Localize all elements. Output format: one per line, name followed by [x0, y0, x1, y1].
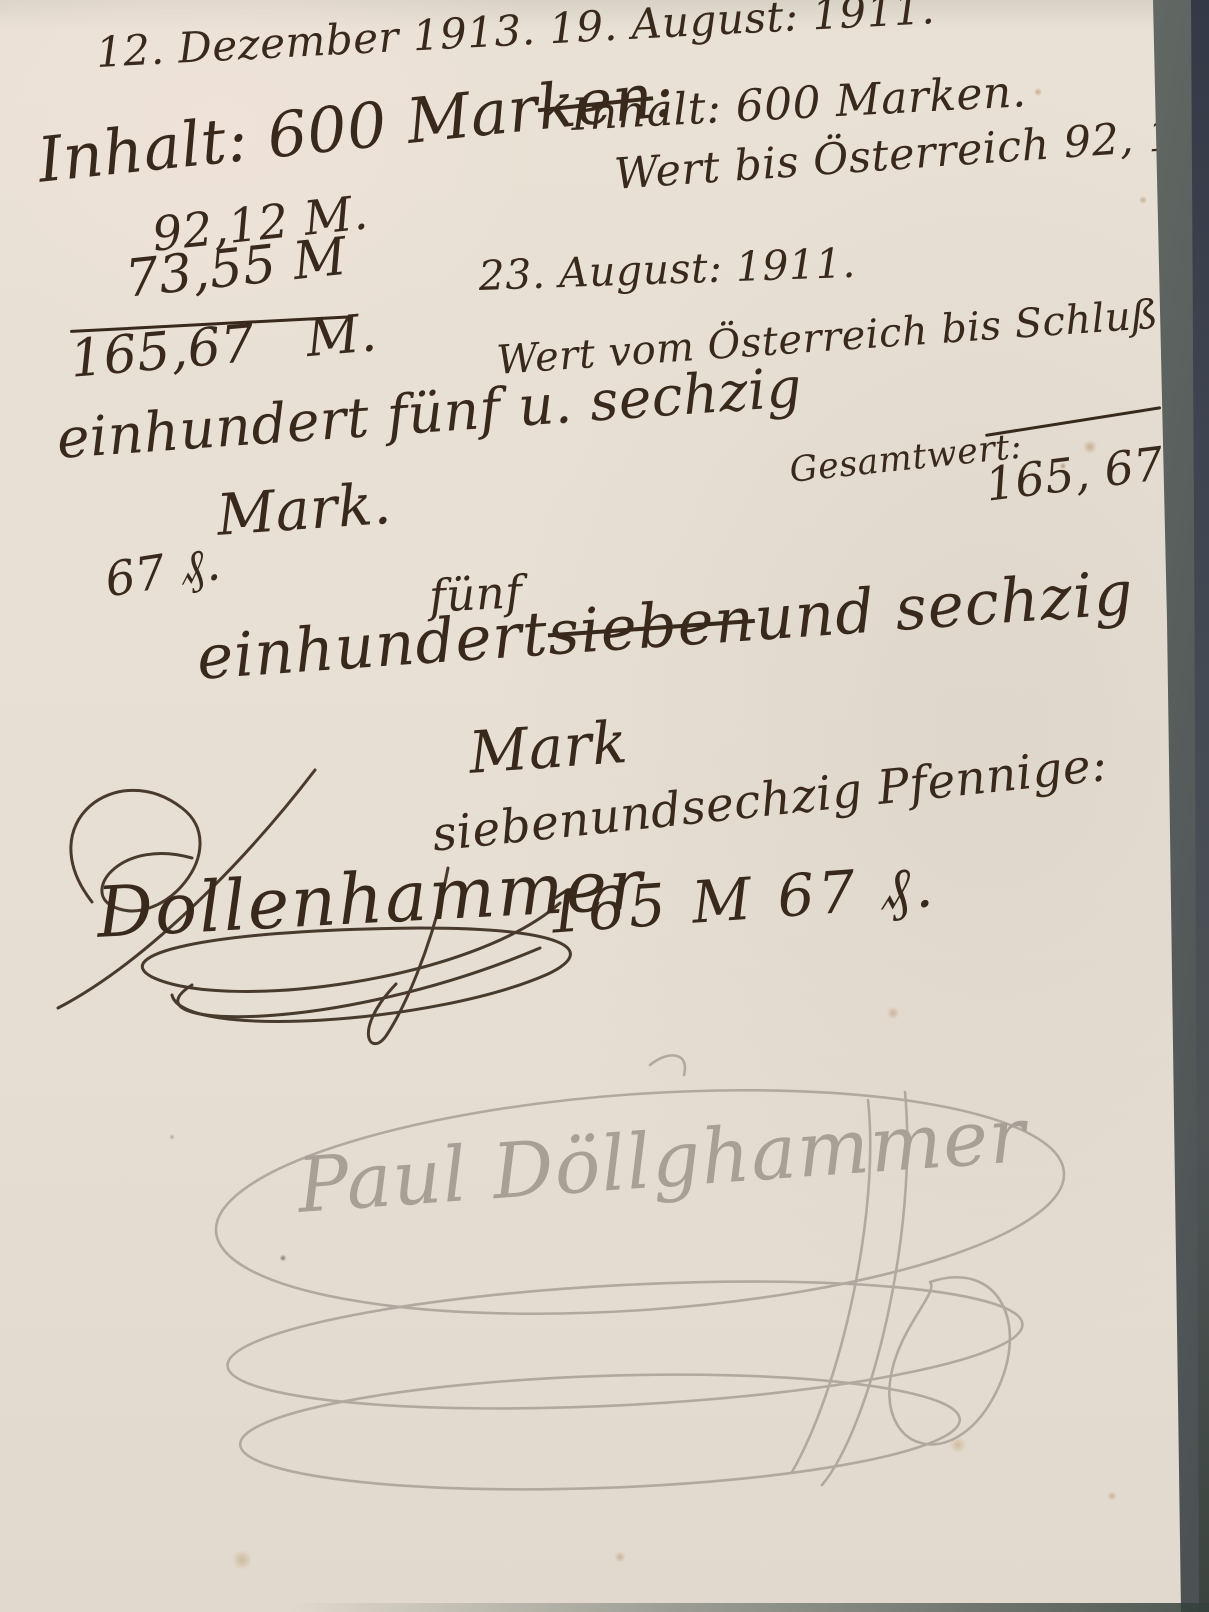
- pfennig-amount-small-text: 67 ₰.: [101, 536, 224, 608]
- amount-words-2-struck: sieben: [545, 584, 757, 669]
- pencil-signature-text: Paul Döllghammer: [295, 1090, 1030, 1230]
- amount-in-words-line-2: einhundertsiebenund sechzig: [195, 563, 1135, 689]
- sum-total-line: 165,67M.: [68, 307, 379, 386]
- document-photo: 12. Dezember 1913. 19. August: 1911. Inh…: [0, 0, 1209, 1612]
- wert-vom-value: 73, 55 M: [1183, 255, 1209, 328]
- mark-word-2-text: Mark: [467, 708, 630, 787]
- date-line-2: 23. August: 1911.: [478, 243, 856, 297]
- gesamtwert-overline: [985, 406, 1161, 437]
- inhalt-left-prefix: Inhalt: 600 Mar: [34, 72, 541, 197]
- amount-words-2-suffix: und sechzig: [752, 558, 1136, 655]
- pfennig-amount-small: 67 ₰.: [102, 540, 224, 605]
- date-line-top: 12. Dezember 1913. 19. August: 1911.: [95, 0, 936, 74]
- mark-word-2: Mark: [467, 713, 630, 782]
- pencil-signature: Paul Döllghammer: [295, 1097, 1029, 1224]
- bottom-edge-shadow: [0, 1603, 1209, 1612]
- inhalt-left-struck-text: ken: [534, 59, 657, 144]
- amount-words-2-prefix: einhundert: [195, 598, 551, 693]
- inhalt-note-left: Inhalt: 600 Marken:: [35, 63, 677, 191]
- mark-word-1: Mark.: [215, 476, 393, 545]
- date-line-top-text: 12. Dezember 1913. 19. August: 1911.: [95, 0, 936, 77]
- date-line-2-text: 23. August: 1911.: [478, 239, 857, 300]
- sum-total-value: 165,67: [68, 314, 257, 390]
- mark-word-1-text: Mark.: [215, 471, 394, 549]
- sum-total-unit: M.: [304, 303, 380, 369]
